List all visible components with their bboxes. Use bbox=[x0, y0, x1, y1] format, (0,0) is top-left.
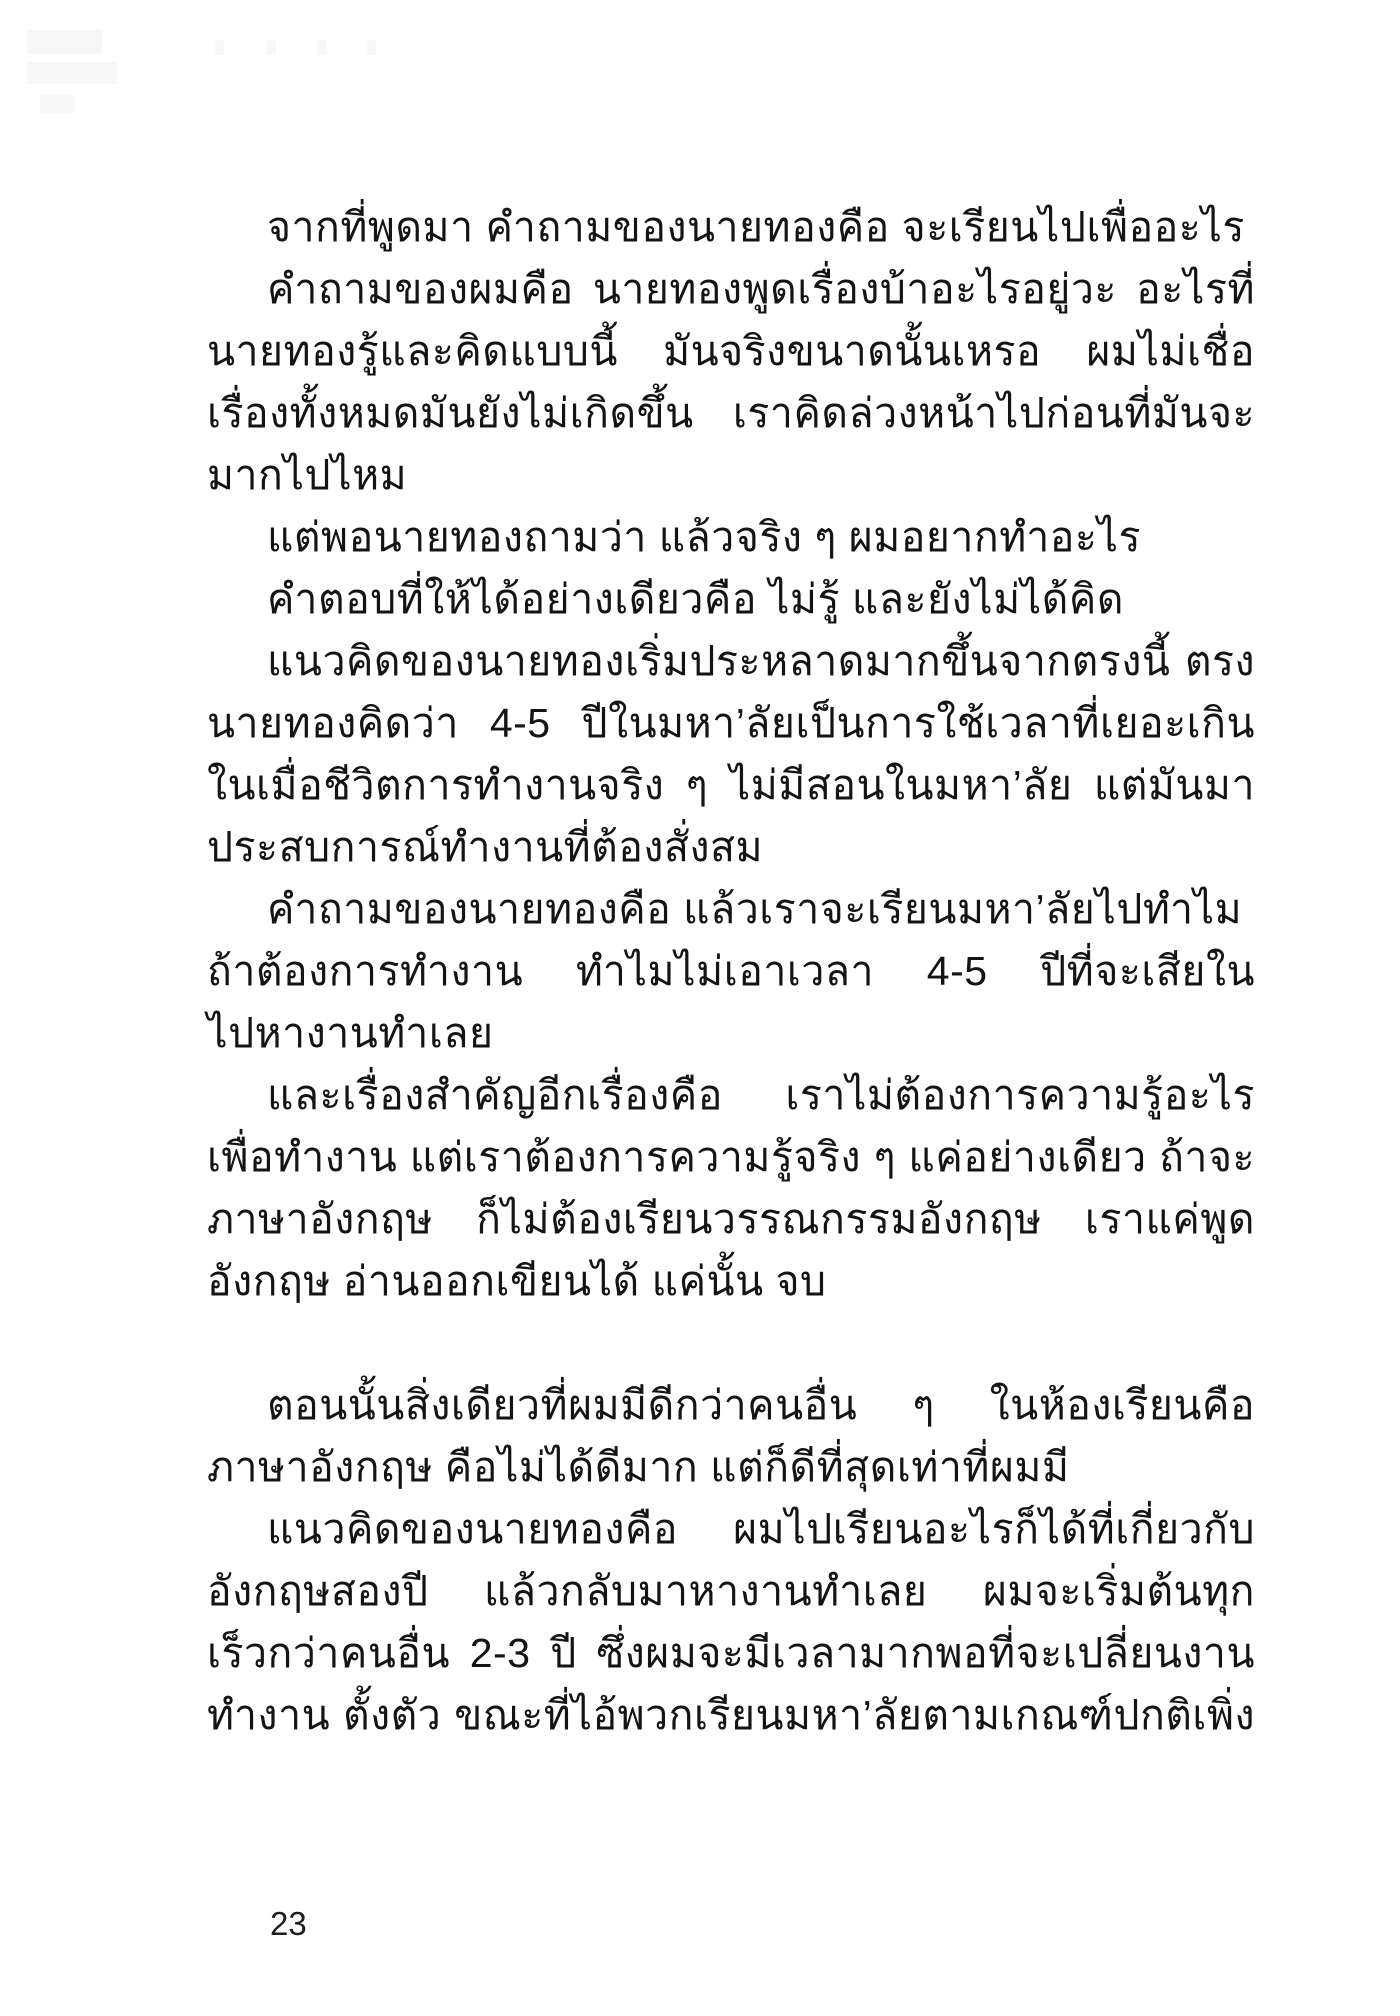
text-block: จากที่พูดมา คำถามของนายทองคือ จะเรียนไปเ… bbox=[207, 196, 1255, 1746]
scan-artifact bbox=[367, 40, 376, 55]
text-line: เรื่องทั้งหมดมันยังไม่เกิดขึ้น เราคิดล่ว… bbox=[207, 382, 1255, 444]
scan-artifact bbox=[40, 95, 75, 113]
book-page: จากที่พูดมา คำถามของนายทองคือ จะเรียนไปเ… bbox=[0, 0, 1400, 2016]
text-line: ภาษาอังกฤษ คือไม่ได้ดีมาก แต่ก็ดีที่สุดเ… bbox=[207, 1436, 1255, 1498]
text-line: นายทองคิดว่า 4-5 ปีในมหา’ลัยเป็นการใช้เว… bbox=[207, 692, 1255, 754]
text-line: ตอนนั้นสิ่งเดียวที่ผมมีดีกว่าคนอื่น ๆ ใน… bbox=[207, 1374, 1255, 1436]
text-line: อังกฤษสองปี แล้วกลับมาหางานทำเลย ผมจะเริ… bbox=[207, 1560, 1255, 1622]
scan-artifact bbox=[27, 30, 102, 54]
text-line: คำถามของผมคือ นายทองพูดเรื่องบ้าอะไรอยู่… bbox=[207, 258, 1255, 320]
text-line: ในเมื่อชีวิตการทำงานจริง ๆ ไม่มีสอนในมหา… bbox=[207, 754, 1255, 816]
text-line: ภาษาอังกฤษ ก็ไม่ต้องเรียนวรรณกรรมอังกฤษ … bbox=[207, 1188, 1255, 1250]
scan-artifact bbox=[215, 40, 224, 55]
text-line: คำตอบที่ให้ได้อย่างเดียวคือ ไม่รู้ และยั… bbox=[207, 568, 1255, 630]
text-line: แนวคิดของนายทองเริ่มประหลาดมากขึ้นจากตรง… bbox=[207, 630, 1255, 692]
scan-artifact bbox=[267, 40, 276, 55]
text-line: ประสบการณ์ทำงานที่ต้องสั่งสม bbox=[207, 816, 1255, 878]
text-line: จากที่พูดมา คำถามของนายทองคือ จะเรียนไปเ… bbox=[207, 196, 1255, 258]
text-line: คำถามของนายทองคือ แล้วเราจะเรียนมหา’ลัยไ… bbox=[207, 878, 1255, 940]
scan-artifact bbox=[27, 62, 117, 84]
text-line: และเรื่องสำคัญอีกเรื่องคือ เราไม่ต้องการ… bbox=[207, 1064, 1255, 1126]
text-line: แนวคิดของนายทองคือ ผมไปเรียนอะไรก็ได้ที่… bbox=[207, 1498, 1255, 1560]
text-line: นายทองรู้และคิดแบบนี้ มันจริงขนาดนั้นเหร… bbox=[207, 320, 1255, 382]
text-line: มากไปไหม bbox=[207, 444, 1255, 506]
text-line: ทำงาน ตั้งตัว ขณะที่ไอ้พวกเรียนมหา’ลัยตา… bbox=[207, 1684, 1255, 1746]
text-line: อังกฤษ อ่านออกเขียนได้ แค่นั้น จบ bbox=[207, 1250, 1255, 1312]
scan-artifact bbox=[317, 40, 326, 55]
text-line: เร็วกว่าคนอื่น 2-3 ปี ซึ่งผมจะมีเวลามากพ… bbox=[207, 1622, 1255, 1684]
text-line: ถ้าต้องการทำงาน ทำไมไม่เอาเวลา 4-5 ปีที่… bbox=[207, 940, 1255, 1002]
text-line: ไปหางานทำเลย bbox=[207, 1002, 1255, 1064]
text-line: แต่พอนายทองถามว่า แล้วจริง ๆ ผมอยากทำอะไ… bbox=[207, 506, 1255, 568]
page-number: 23 bbox=[270, 1904, 307, 1944]
text-line: เพื่อทำงาน แต่เราต้องการความรู้จริง ๆ แค… bbox=[207, 1126, 1255, 1188]
